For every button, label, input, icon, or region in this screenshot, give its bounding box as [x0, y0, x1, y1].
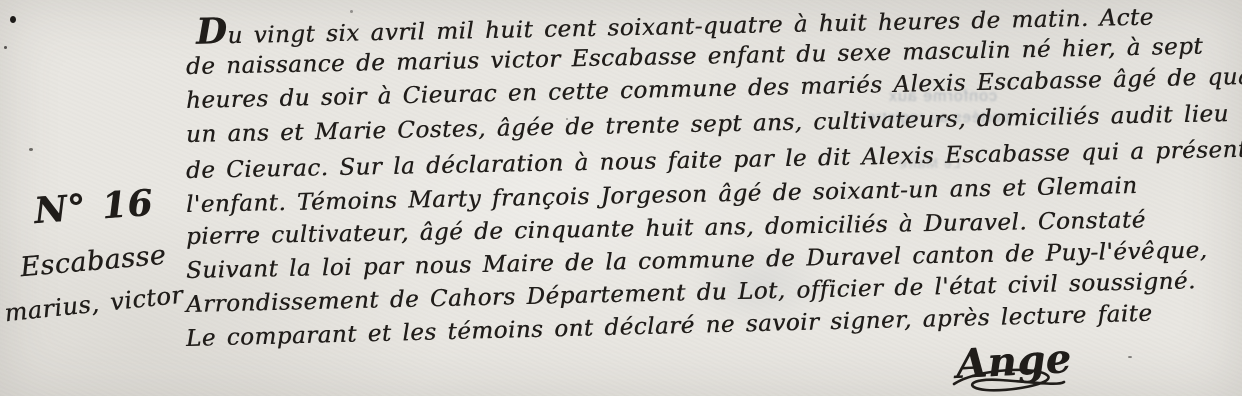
margin-surname: Escabasse	[19, 240, 168, 284]
ink-speck	[1128, 356, 1132, 358]
ink-speck	[29, 148, 33, 151]
act-body: Du vingt six avril mil huit cent soixant…	[186, 16, 1242, 356]
document-scan: conforme aux portées au registre Le Mair…	[0, 0, 1242, 396]
ink-speck	[4, 46, 7, 49]
ink-speck	[566, 118, 568, 120]
signature-flourish	[948, 366, 1068, 396]
ink-speck	[10, 16, 16, 23]
margin-act-number: N° 16	[33, 182, 155, 232]
margin-given-names: marius, victor	[3, 281, 184, 328]
ink-speck	[350, 10, 353, 13]
